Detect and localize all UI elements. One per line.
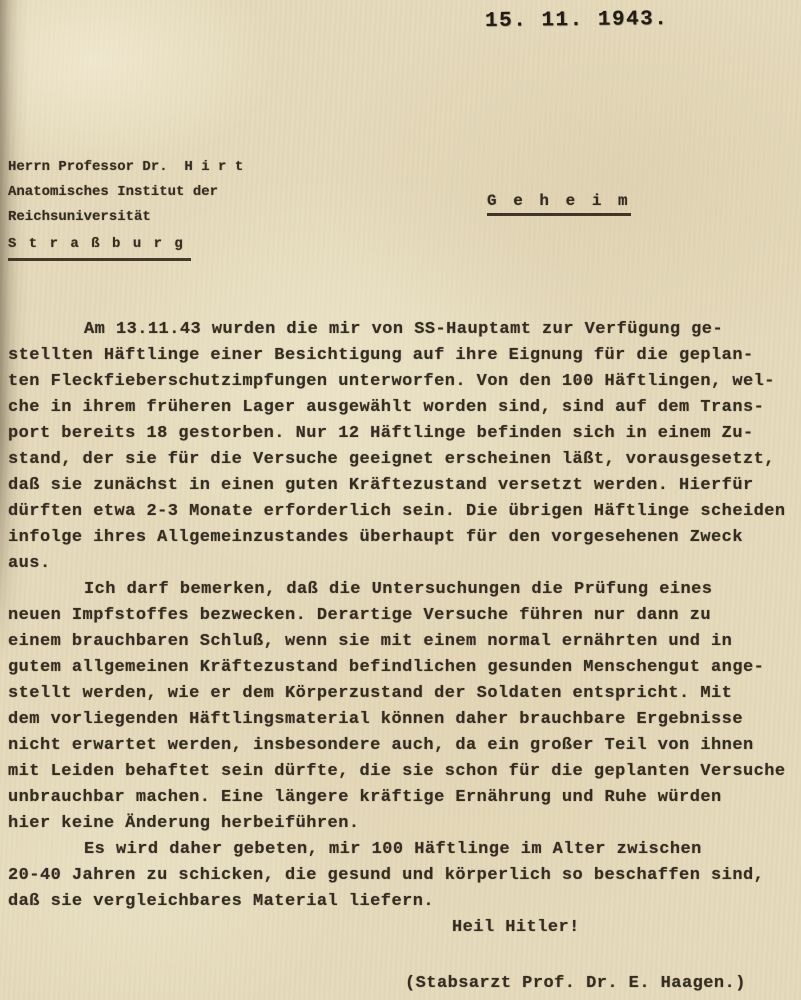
paragraph: Es wird daher gebeten, mir 100 Häftlinge… [8, 837, 798, 915]
text-line: dürften etwa 2-3 Monate erforderlich sei… [8, 499, 798, 525]
text-line: daß sie vergleichbares Material liefern. [8, 889, 798, 915]
text-line: ten Fleckfieberschutzimpfungen unterworf… [8, 369, 798, 395]
paragraphs-container: Am 13.11.43 wurden die mir von SS-Haupta… [8, 317, 798, 915]
text-line: dem vorliegenden Häftlingsmaterial könne… [8, 707, 798, 733]
classification-stamp: G e h e i m [487, 192, 631, 216]
text-line: einem brauchbaren Schluß, wenn sie mit e… [8, 629, 798, 655]
paragraph: Ich darf bemerken, daß die Untersuchunge… [8, 577, 798, 837]
text-line: gutem allgemeinen Kräftezustand befindli… [8, 655, 798, 681]
text-line: unbrauchbar machen. Eine längere kräftig… [8, 785, 798, 811]
signature-line: (Stabsarzt Prof. Dr. E. Haagen.) [8, 971, 798, 997]
text-line: port bereits 18 gestorben. Nur 12 Häftli… [8, 421, 798, 447]
text-line: Ich darf bemerken, daß die Untersuchunge… [8, 577, 798, 603]
recipient-institute: Anatomisches Institut der [8, 180, 243, 205]
recipient-city: S t r a ß b u r g [8, 232, 191, 261]
letter-body: Am 13.11.43 wurden die mir von SS-Haupta… [8, 317, 798, 997]
text-line: infolge ihres Allgemeinzustandes überhau… [8, 525, 798, 551]
text-line: stand, der sie für die Versuche geeignet… [8, 447, 798, 473]
text-line: neuen Impfstoffes bezwecken. Derartige V… [8, 603, 798, 629]
recipient-name: Herrn Professor Dr. H i r t [8, 155, 243, 180]
text-line: daß sie zunächst in einen guten Kräftezu… [8, 473, 798, 499]
text-line: Es wird daher gebeten, mir 100 Häftlinge… [8, 837, 798, 863]
text-line: aus. [8, 551, 798, 577]
text-line: stellt werden, wie er dem Körperzustand … [8, 681, 798, 707]
recipient-block: Herrn Professor Dr. H i r t Anatomisches… [8, 155, 243, 261]
text-line: che in ihrem früheren Lager ausgewählt w… [8, 395, 798, 421]
text-line: mit Leiden behaftet sein dürfte, die sie… [8, 759, 798, 785]
letter-page: 15. 11. 1943. Herrn Professor Dr. H i r … [0, 0, 801, 1000]
text-line: 20-40 Jahren zu schicken, die gesund und… [8, 863, 798, 889]
paragraph: Am 13.11.43 wurden die mir von SS-Haupta… [8, 317, 798, 577]
text-line: Am 13.11.43 wurden die mir von SS-Haupta… [8, 317, 798, 343]
letter-date: 15. 11. 1943. [485, 8, 669, 33]
recipient-university: Reichsuniversität [8, 205, 243, 230]
text-line: hier keine Änderung herbeiführen. [8, 811, 798, 837]
text-line: nicht erwartet werden, insbesondere auch… [8, 733, 798, 759]
closing-salute: Heil Hitler! [8, 915, 798, 941]
text-line: stellten Häftlinge einer Besichtigung au… [8, 343, 798, 369]
